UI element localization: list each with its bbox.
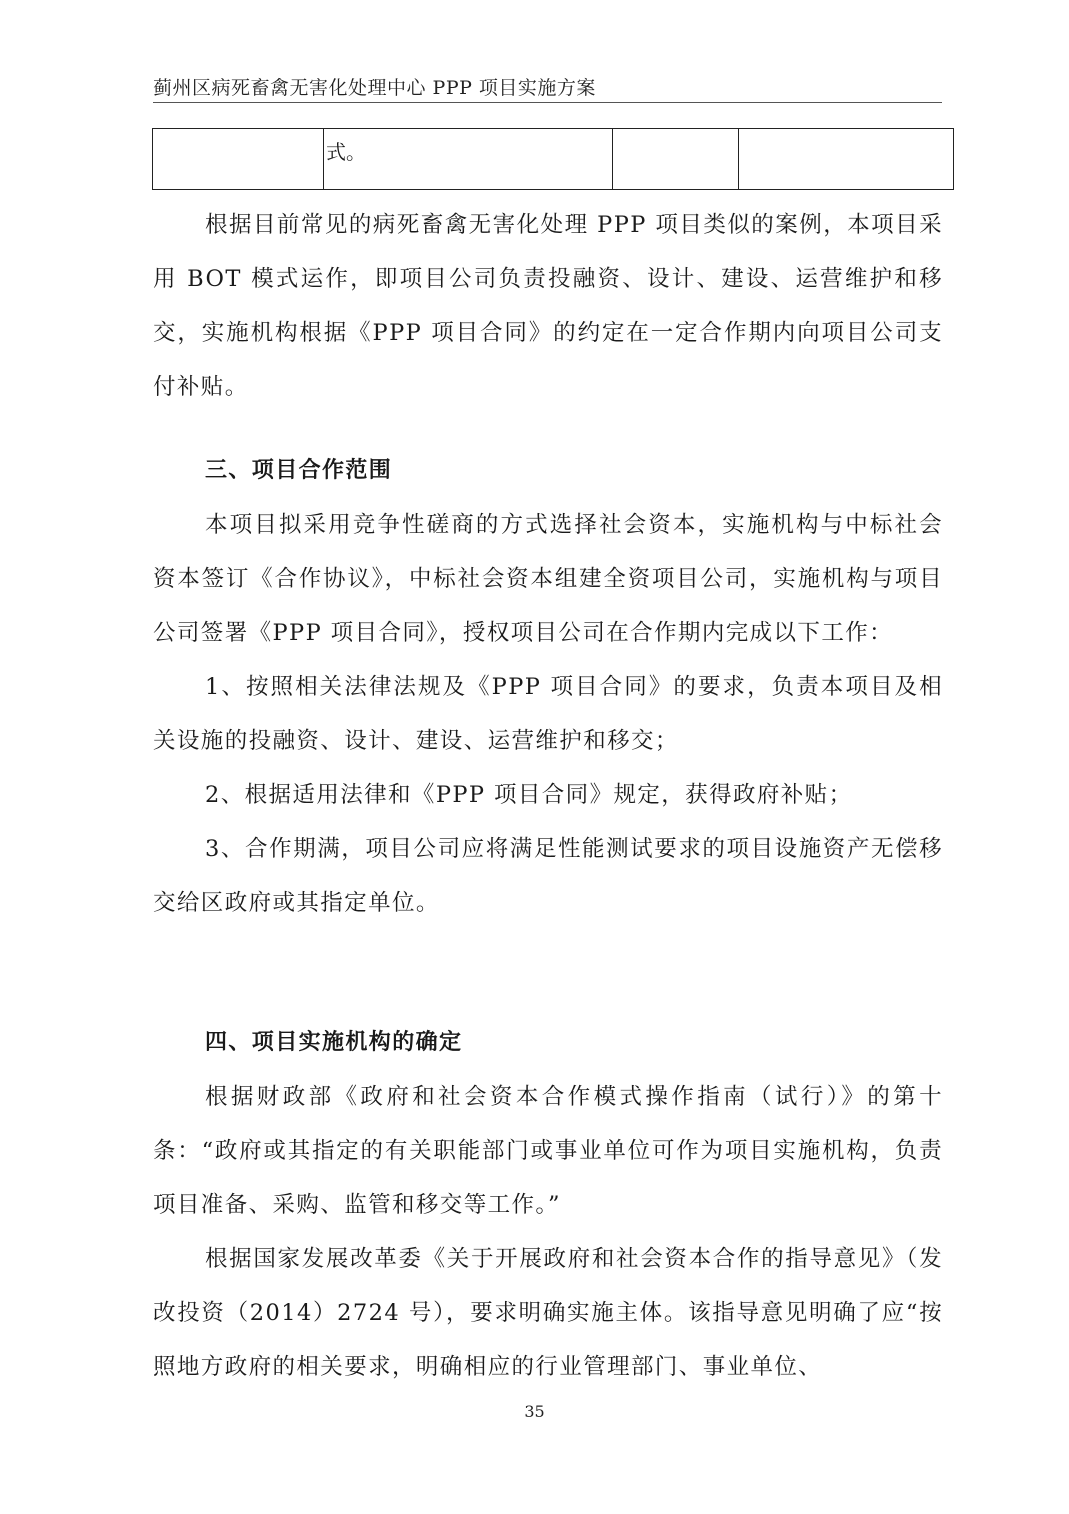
page-number: 35 [0,1402,1069,1421]
body-block-3: 四、项目实施机构的确定 根据财政部《政府和社会资本合作模式操作指南（试行）》的第… [153,1016,943,1394]
table-row: 式。 [153,129,954,190]
list-item-1: 1、按照相关法律法规及《PPP 项目合同》的要求，负责本项目及相关设施的投融资、… [153,660,943,768]
table-cell [613,129,739,190]
table-cell [739,129,954,190]
table-cell: 式。 [324,129,613,190]
table-cell [153,129,324,190]
paragraph-mof-guideline: 根据财政部《政府和社会资本合作模式操作指南（试行）》的第十条：“政府或其指定的有… [153,1070,943,1232]
body-block-1: 根据目前常见的病死畜禽无害化处理 PPP 项目类似的案例，本项目采用 BOT 模… [153,198,943,414]
list-item-3: 3、合作期满，项目公司应将满足性能测试要求的项目设施资产无偿移交给区政府或其指定… [153,822,943,930]
paragraph-bot-model: 根据目前常见的病死畜禽无害化处理 PPP 项目类似的案例，本项目采用 BOT 模… [153,198,943,414]
section-heading-implementing-agency: 四、项目实施机构的确定 [153,1016,943,1070]
running-header: 蓟州区病死畜禽无害化处理中心 PPP 项目实施方案 [153,76,942,103]
list-item-2: 2、根据适用法律和《PPP 项目合同》规定，获得政府补贴； [153,768,943,822]
body-block-2: 三、项目合作范围 本项目拟采用竞争性磋商的方式选择社会资本，实施机构与中标社会资… [153,444,943,930]
continued-table: 式。 [152,128,954,190]
section-heading-cooperation-scope: 三、项目合作范围 [153,444,943,498]
paragraph-ndrc-guideline: 根据国家发展改革委《关于开展政府和社会资本合作的指导意见》（发改投资（2014）… [153,1232,943,1394]
paragraph-scope-intro: 本项目拟采用竞争性磋商的方式选择社会资本，实施机构与中标社会资本签订《合作协议》… [153,498,943,660]
